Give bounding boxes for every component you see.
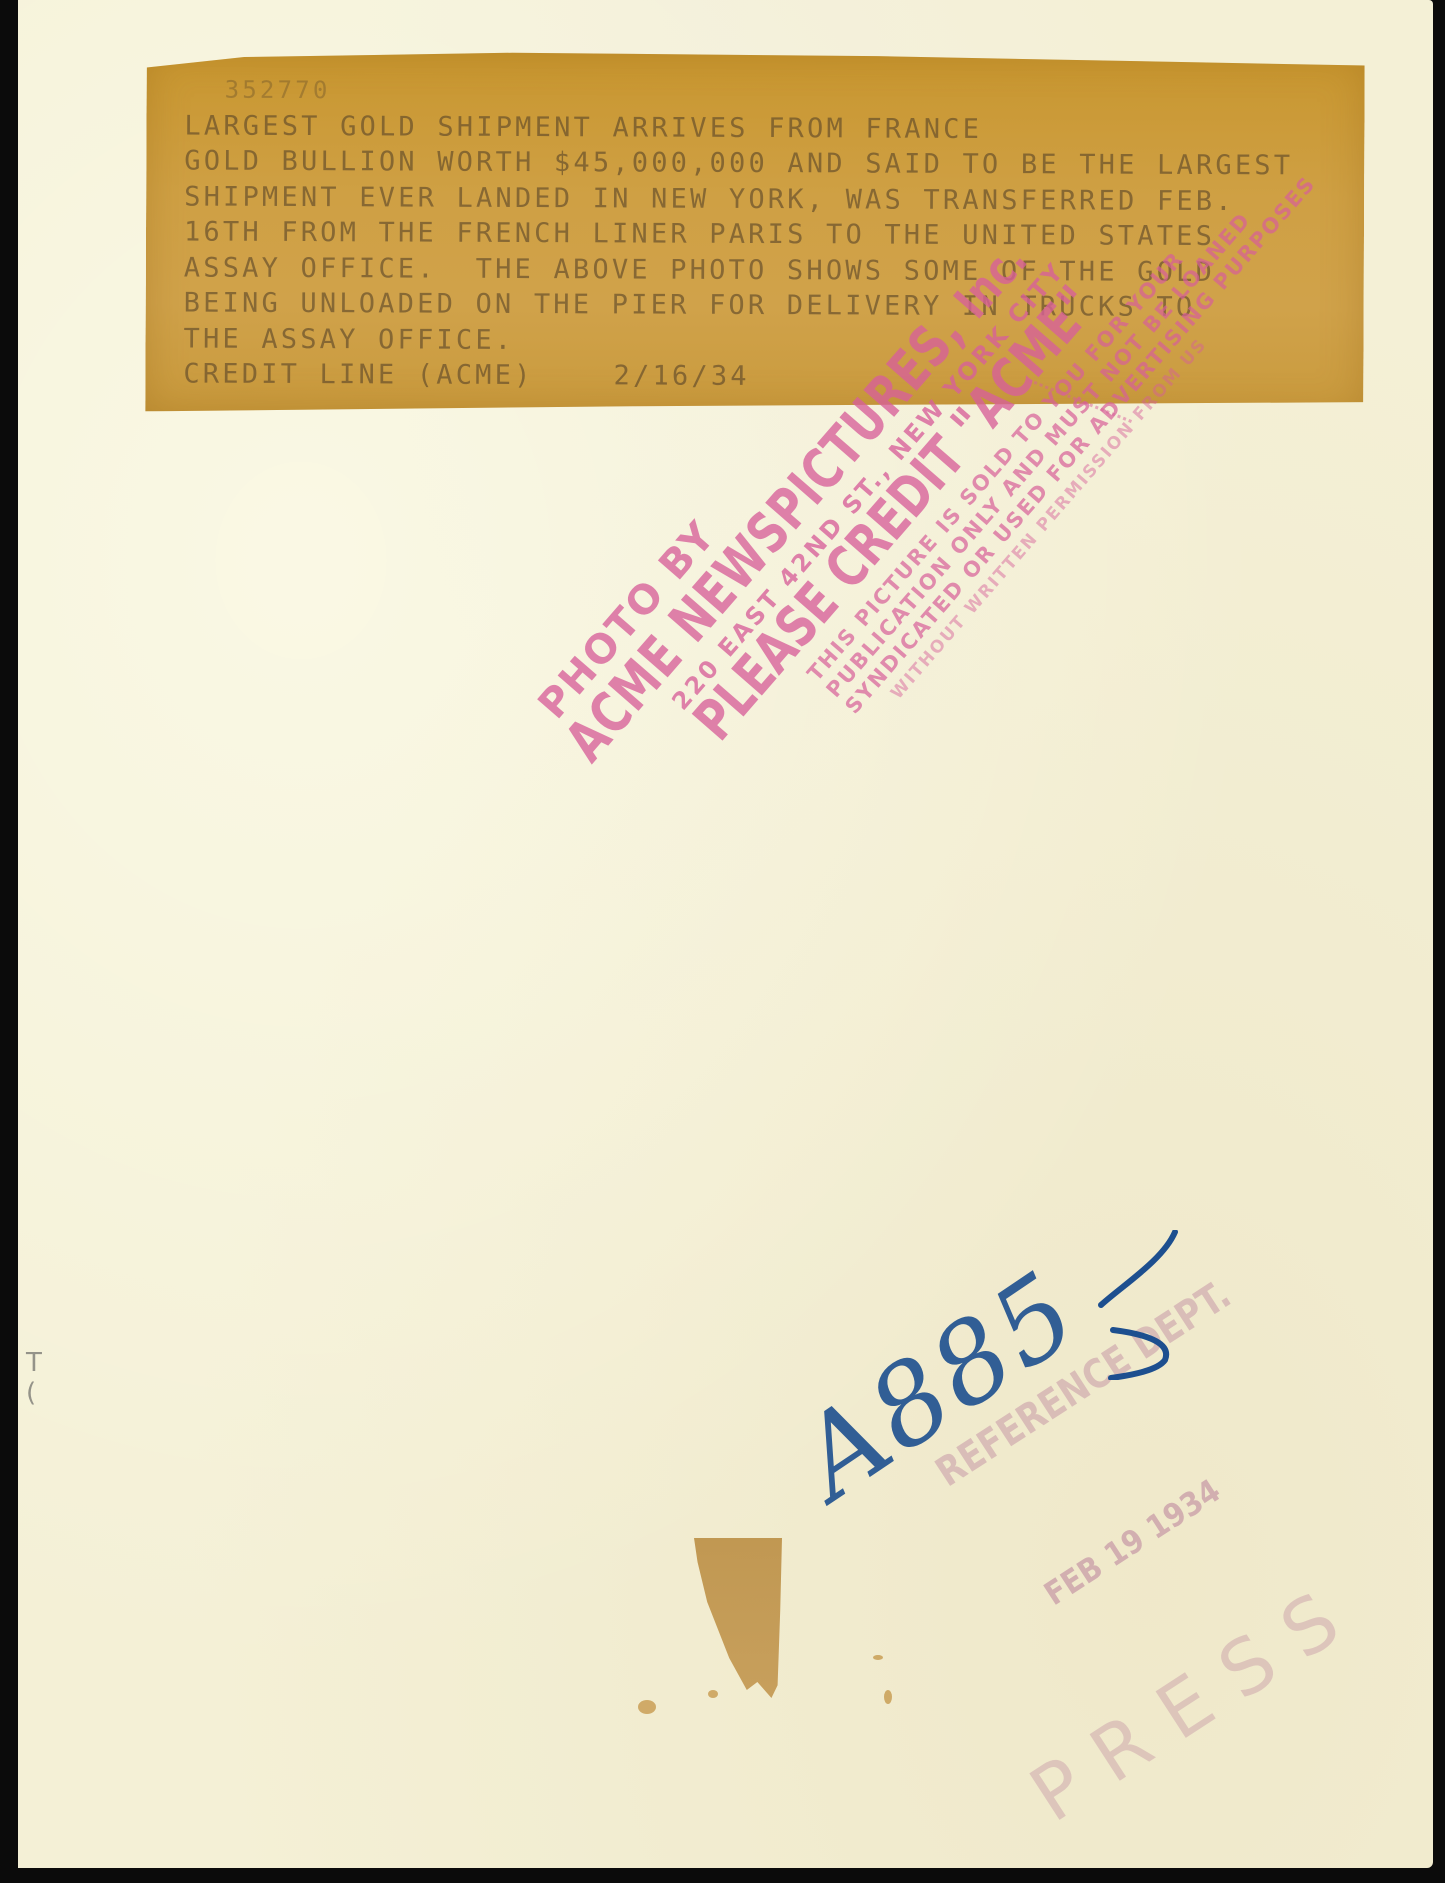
caption-body-line: GOLD BULLION WORTH $45,000,000 AND SAID … — [184, 146, 1293, 182]
tape-residue-stain — [694, 1538, 782, 1698]
handwritten-archive-number: A885 — [776, 1246, 1101, 1523]
reference-date-stamp: FEB 19 1934 — [1037, 1471, 1227, 1613]
caption-body-line: THE ASSAY OFFICE. — [183, 323, 514, 355]
stain-speck — [873, 1655, 883, 1660]
caption-headline: LARGEST GOLD SHIPMENT ARRIVES FROM FRANC… — [184, 110, 982, 144]
stain-speck — [638, 1700, 656, 1714]
caption-credit-line: CREDIT LINE (ACME) — [183, 357, 533, 394]
caption-reference-number: 352770 — [225, 76, 331, 104]
handwritten-flourish-icon — [1093, 1230, 1183, 1380]
stain-speck — [708, 1690, 718, 1698]
stain-speck — [884, 1690, 892, 1704]
caption-credit-row: CREDIT LINE (ACME)2/16/34 — [183, 359, 750, 392]
edge-pencil-mark: T ( — [26, 1348, 42, 1408]
photo-back-sheet: 352770 LARGEST GOLD SHIPMENT ARRIVES FRO… — [18, 0, 1433, 1868]
caption-date: 2/16/34 — [613, 358, 749, 394]
